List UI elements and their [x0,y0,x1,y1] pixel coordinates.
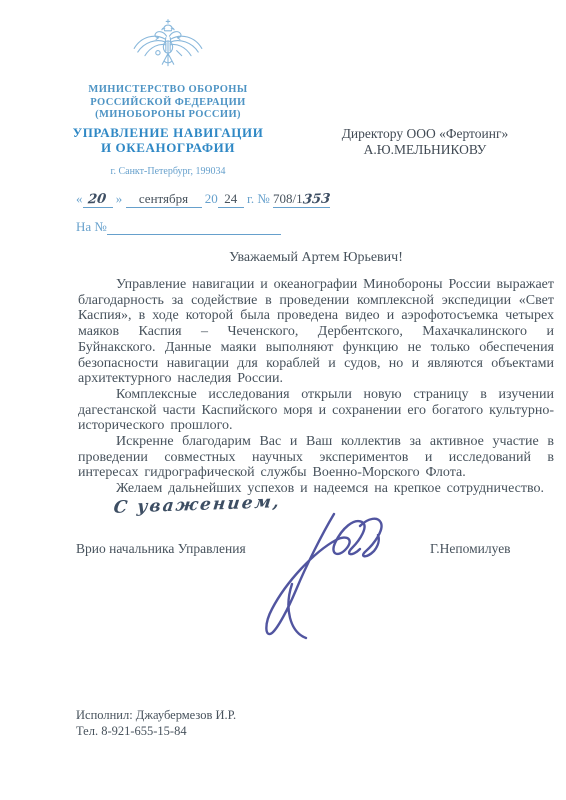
salutation: Уважаемый Артем Юрьевич! [78,250,554,266]
addressee-title: Директору ООО «Фертоинг» [325,126,525,142]
footer-block: Исполнил: Джаубермезов И.Р. Тел. 8-921-6… [76,708,236,739]
reference-blank-underline [107,220,281,235]
day-handwritten: 20 [88,192,108,208]
number-handwritten: 353 [302,192,331,208]
ministry-line: РОССИЙСКОЙ ФЕДЕРАЦИИ [48,97,288,110]
body-paragraph: Управление навигации и океанографии Мино… [78,277,554,387]
ministry-line: МИНИСТЕРСТВО ОБОРОНЫ [48,84,288,97]
year-prefix: 20 [205,191,218,206]
body-paragraph: Искренне благодарим Вас и Ваш коллектив … [78,434,554,481]
close-quote: » [116,191,123,206]
month-typed: сентября [139,191,188,206]
directorate-line: УПРАВЛЕНИЕ НАВИГАЦИИ [48,126,288,141]
reference-line: На № [76,219,281,235]
directorate-line: И ОКЕАНОГРАФИИ [48,141,288,156]
city-line: г. Санкт-Петербург, 199034 [48,166,288,177]
addressee-block: Директору ООО «Фертоинг» А.Ю.МЕЛЬНИКОВУ [325,126,525,157]
addressee-name: А.Ю.МЕЛЬНИКОВУ [325,142,525,158]
closing-handwritten: С уважением, [114,495,280,515]
number-typed: 708/1 [273,191,303,206]
executor-line: Исполнил: Джаубермезов И.Р. [76,708,236,724]
letter-body: Управление навигации и океанографии Мино… [78,277,554,497]
body-paragraph: Комплексные исследования открыли новую с… [78,387,554,434]
handwritten-signature-icon [262,496,397,644]
ministry-name: МИНИСТЕРСТВО ОБОРОНЫ РОССИЙСКОЙ ФЕДЕРАЦИ… [48,84,288,122]
signer-name: Г.Непомилуев [430,541,511,557]
ministry-line: (МИНОБОРОНЫ РОССИИ) [48,109,288,122]
year-suffix-typed: 24 [224,191,237,206]
number-label: г. № [247,191,270,206]
signer-position-title: Врио начальника Управления [76,541,246,557]
phone-line: Тел. 8-921-655-15-84 [76,724,236,740]
date-line: «20 » сентября 2024 г. № 708/1353 [76,191,330,208]
letter-page: МИНИСТЕРСТВО ОБОРОНЫ РОССИЙСКОЙ ФЕДЕРАЦИ… [0,0,566,800]
reference-label: На № [76,219,107,234]
directorate-name: УПРАВЛЕНИЕ НАВИГАЦИИ И ОКЕАНОГРАФИИ [48,126,288,155]
mod-double-headed-eagle-emblem-icon [132,18,204,76]
